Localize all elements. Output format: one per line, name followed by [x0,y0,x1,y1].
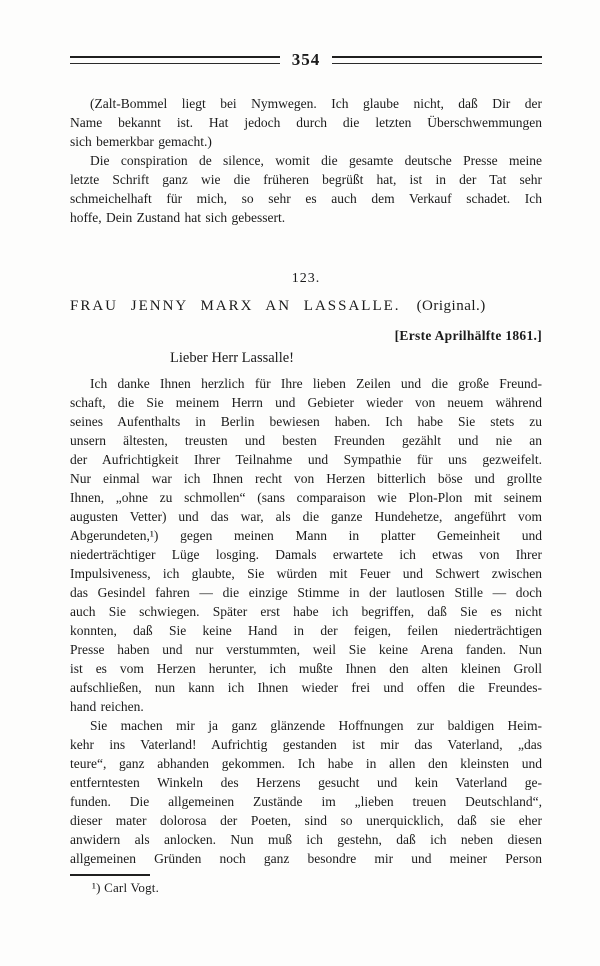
text-line: Presse haben und nur verstummten, weil S… [70,640,542,659]
paragraph: Sie machen mir ja ganz glänzende Hoffnun… [70,716,542,868]
text-line: Abgerundeten,¹) gegen meinen Mann in pla… [70,526,542,545]
intro-paragraphs: (Zalt-Bommel liegt bei Nymwegen. Ich gla… [70,94,542,227]
letter-body: Ich danke Ihnen herzlich für Ihre lieben… [70,374,542,868]
text-line: augusten Vetter) und das war, als die ga… [70,507,542,526]
text-line: sich bemerkbar gemacht.) [70,132,542,151]
text-line: Name bekannt ist. Hat jedoch durch die l… [70,113,542,132]
text-line: aufschließen, nun kann ich Ihnen wieder … [70,678,542,697]
text-line: kehr ins Vaterland! Aufrichtig gestanden… [70,735,542,754]
text-line: entferntesten Winkeln des Herzens gesuch… [70,773,542,792]
footnote-text: ¹) Carl Vogt. [70,879,542,897]
text-line: dieser mater dolorosa der Poeten, sind s… [70,811,542,830]
letter-title-row: FRAU JENNY MARX AN LASSALLE.(Original.) [70,296,542,317]
text-line: Impulsiveness, ich glaubte, Sie würden m… [70,564,542,583]
text-line: letzte Schrift ganz wie die früheren beg… [70,170,542,189]
paragraph: Die conspiration de silence, womit die g… [70,151,542,227]
letter-heading: 123. FRAU JENNY MARX AN LASSALLE.(Origin… [70,269,542,368]
header-rule-left [70,56,280,64]
footnote-block: ¹) Carl Vogt. [70,874,542,897]
text-line: (Zalt-Bommel liegt bei Nymwegen. Ich gla… [70,94,542,113]
letter-number: 123. [70,269,542,288]
text-line: Die conspiration de silence, womit die g… [70,151,542,170]
footnote-separator-rule [70,874,150,876]
letter-date: [Erste Aprilhälfte 1861.] [70,327,542,345]
text-line: schaft, die Sie meinem Herrn und Gebiete… [70,393,542,412]
text-line: unsern ältesten, treusten und besten Fre… [70,431,542,450]
text-line: Ihnen, „ohne zu schmollen“ (sans compara… [70,488,542,507]
text-line: allgemeinen Gründen noch ganz besondre m… [70,849,542,868]
text-line: Ich danke Ihnen herzlich für Ihre lieben… [70,374,542,393]
text-line: schmeichelhaft für mich, so sehr es auch… [70,189,542,208]
page-number: 354 [292,50,321,70]
text-line: konnten, daß Sie keine Hand in der feige… [70,621,542,640]
text-line: das Gesindel fahren — die einzige Stimme… [70,583,542,602]
text-line: auch Sie schwiegen. Später erst habe ich… [70,602,542,621]
paragraph: (Zalt-Bommel liegt bei Nymwegen. Ich gla… [70,94,542,151]
text-line: hoffe, Dein Zustand hat sich gebessert. [70,208,542,227]
text-line: funden. Die allgemeinen Zustände im „lie… [70,792,542,811]
text-line: seines Aufenthalts in Berlin bewiesen ha… [70,412,542,431]
text-line: niederträchtiger Lüge losging. Damals er… [70,545,542,564]
text-line: hand reichen. [70,697,542,716]
text-line: teure“, ganz abhanden gekommen. Ich habe… [70,754,542,773]
paragraph: Ich danke Ihnen herzlich für Ihre lieben… [70,374,542,716]
header-rule-right [332,56,542,64]
letter-title: FRAU JENNY MARX AN LASSALLE. [70,298,401,314]
letter-title-suffix: (Original.) [417,298,486,314]
text-line: anwidern als anlocken. Nun muß ich geste… [70,830,542,849]
text-line: Sie machen mir ja ganz glänzende Hoffnun… [70,716,542,735]
letter-salutation: Lieber Herr Lassalle! [170,349,542,368]
running-head: 354 [70,50,542,70]
text-line: Nur einmal war ich Ihnen recht von Herze… [70,469,542,488]
text-line: der Aufrichtigkeit Ihrer Teilnahme und S… [70,450,542,469]
text-line: ist es vom Herzen herunter, ich mußte Ih… [70,659,542,678]
book-page: 354 (Zalt-Bommel liegt bei Nymwegen. Ich… [0,0,600,966]
